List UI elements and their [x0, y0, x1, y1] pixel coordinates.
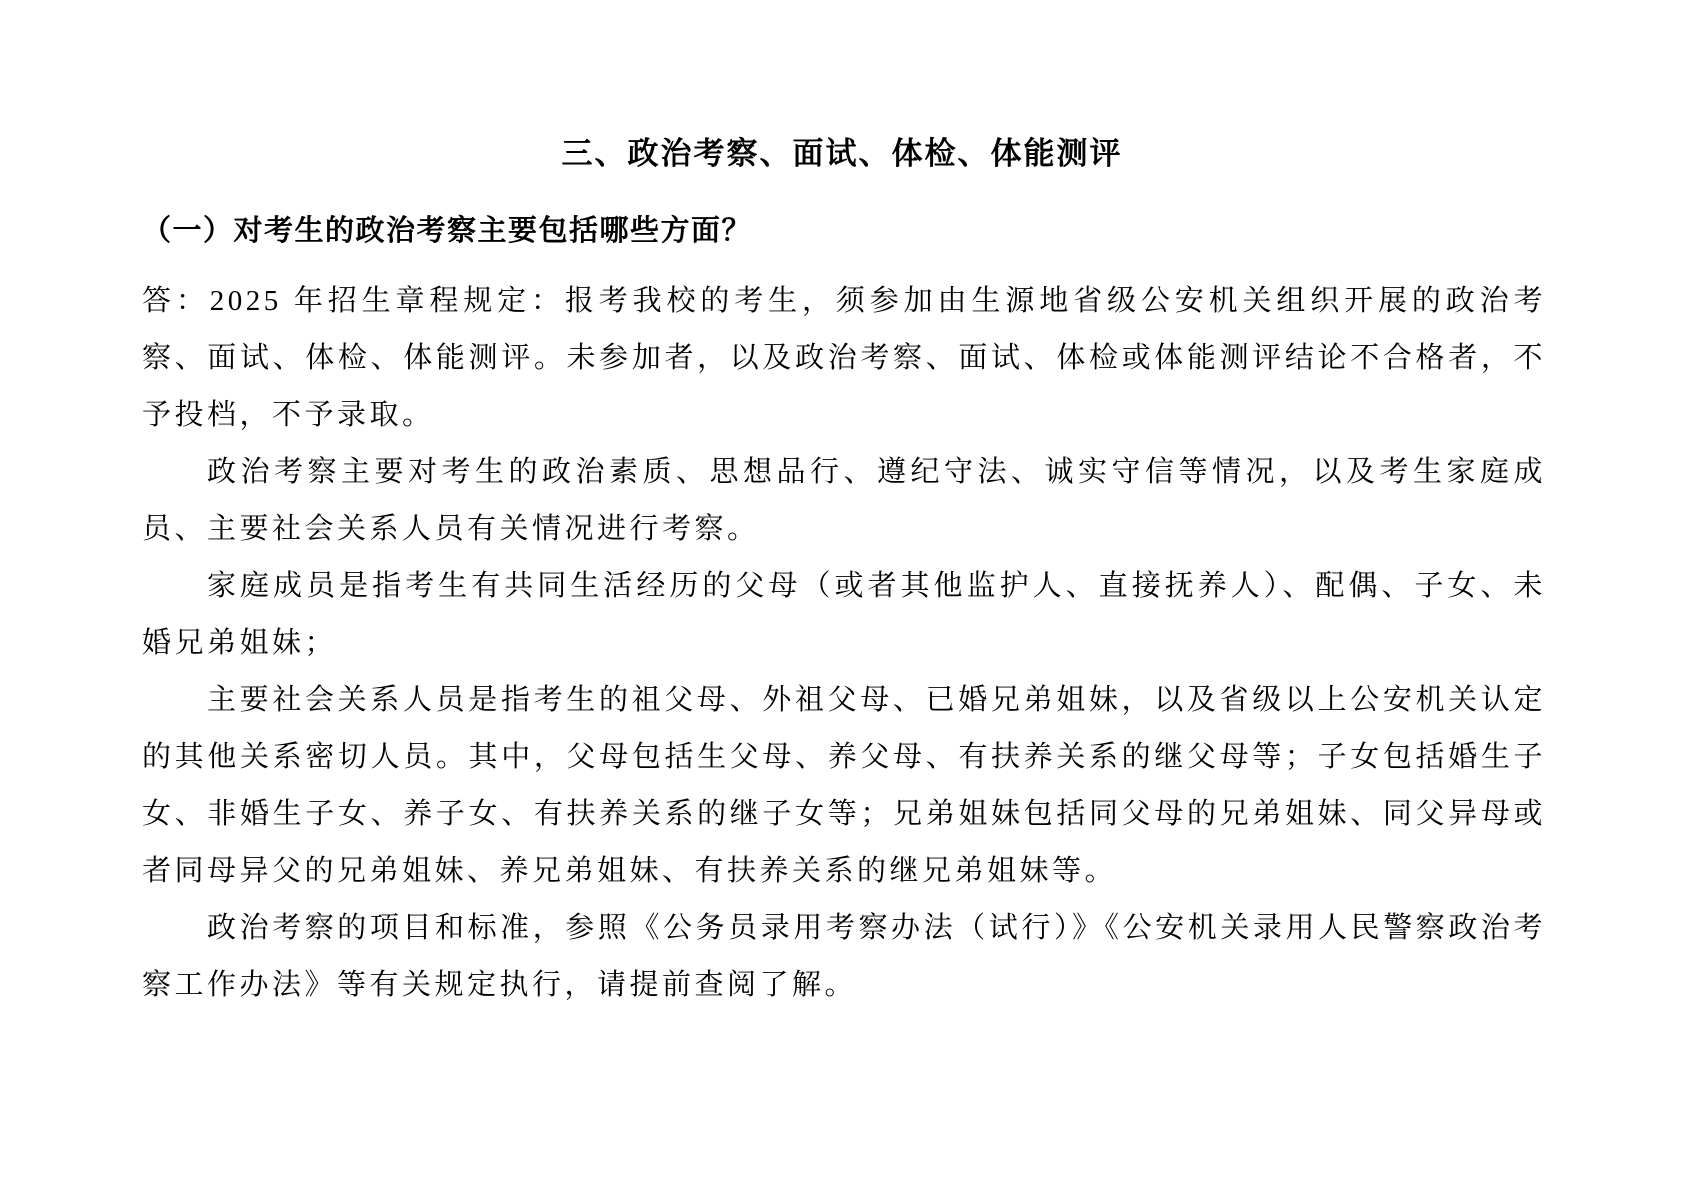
answer-paragraph: 家庭成员是指考生有共同生活经历的父母（或者其他监护人、直接抚养人）、配偶、子女、… — [142, 558, 1546, 672]
answer-paragraph: 政治考察主要对考生的政治素质、思想品行、遵纪守法、诚实守信等情况，以及考生家庭成… — [142, 444, 1546, 558]
answer-paragraph: 答：2025 年招生章程规定：报考我校的考生，须参加由生源地省级公安机关组织开展… — [142, 273, 1546, 444]
answer-paragraph: 政治考察的项目和标准，参照《公务员录用考察办法（试行）》《公安机关录用人民警察政… — [142, 900, 1546, 1014]
answer-body: 答：2025 年招生章程规定：报考我校的考生，须参加由生源地省级公安机关组织开展… — [142, 273, 1546, 1014]
document-page: 三、政治考察、面试、体检、体能测评 （一）对考生的政治考察主要包括哪些方面？ 答… — [0, 0, 1684, 1191]
answer-paragraph: 主要社会关系人员是指考生的祖父母、外祖父母、已婚兄弟姐妹，以及省级以上公安机关认… — [142, 672, 1546, 900]
question-heading: （一）对考生的政治考察主要包括哪些方面？ — [142, 208, 1546, 255]
section-title: 三、政治考察、面试、体检、体能测评 — [140, 132, 1544, 176]
